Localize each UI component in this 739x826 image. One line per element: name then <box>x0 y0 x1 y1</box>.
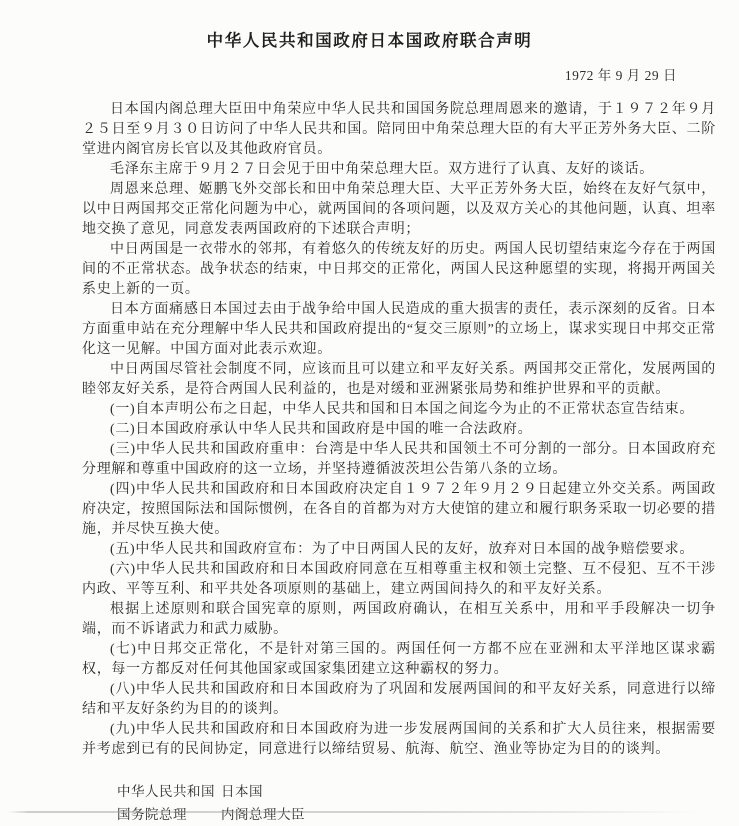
signature-japan-name: 日本国 <box>221 780 739 803</box>
paragraph: 日本国内阁总理大臣田中角荣应中华人民共和国国务院总理周恩来的邀请，于１９７２年９… <box>82 100 716 160</box>
document-title: 中华人民共和国政府日本国政府联合声明 <box>0 0 739 51</box>
paragraph: (八)中华人民共和国政府和日本国政府为了巩固和发展两国间的和平友好关系，同意进行… <box>82 680 716 720</box>
document-page: 中华人民共和国政府日本国政府联合声明 1972 年 9 月 29 日 日本国内阁… <box>0 0 739 826</box>
paragraph: 中日两国尽管社会制度不同，应该而且可以建立和平友好关系。两国邦交正常化，发展两国… <box>82 360 716 400</box>
paragraph: (二)日本国政府承认中华人民共和国政府是中国的唯一合法政府。 <box>82 420 716 440</box>
paragraph: (五)中华人民共和国政府宣布：为了中日两国人民的友好，放弃对日本国的战争赔偿要求… <box>82 540 716 560</box>
paragraph: (一)自本声明公布之日起，中华人民共和国和日本国之间迄今为止的不正常状态宣告结束… <box>82 400 716 420</box>
signature-china-title: 国务院总理 <box>117 803 221 826</box>
document-body: 日本国内阁总理大臣田中角荣应中华人民共和国国务院总理周恩来的邀请，于１９７２年９… <box>82 100 716 760</box>
signature-block: 中华人民共和国 日本国 国务院总理 内阁总理大臣 <box>117 780 739 826</box>
scan-edge-line <box>8 811 698 813</box>
paragraph: (三)中华人民共和国政府重申：台湾是中华人民共和国领土不可分割的一部分。日本国政… <box>82 440 716 480</box>
paragraph: (六)中华人民共和国政府和日本国政府同意在互相尊重主权和领土完整、互不侵犯、互不… <box>82 560 716 600</box>
signature-row: 国务院总理 内阁总理大臣 <box>117 803 739 826</box>
paragraph: 周恩来总理、姬鹏飞外交部长和田中角荣总理大臣、大平正芳外务大臣，始终在友好气氛中… <box>82 180 716 240</box>
document-date: 1972 年 9 月 29 日 <box>0 64 739 84</box>
signature-china-name: 中华人民共和国 <box>117 780 221 803</box>
signature-row: 中华人民共和国 日本国 <box>117 780 739 803</box>
paragraph: 日本方面痛感日本国过去由于战争给中国人民造成的重大损害的责任，表示深刻的反省。日… <box>82 300 716 360</box>
paragraph: 中日两国是一衣带水的邻邦，有着悠久的传统友好的历史。两国人民切望结束迄今存在于两… <box>82 240 716 300</box>
paragraph: (四)中华人民共和国政府和日本国政府决定自１９７２年９月２９日起建立外交关系。两… <box>82 480 716 540</box>
paragraph: 根据上述原则和联合国宪章的原则，两国政府确认，在相互关系中，用和平手段解决一切争… <box>82 600 716 640</box>
paragraph: (九)中华人民共和国政府和日本国政府为进一步发展两国间的关系和扩大人员往来，根据… <box>82 720 716 760</box>
signature-japan-title: 内阁总理大臣 <box>221 803 739 826</box>
paragraph: 毛泽东主席于９月２７日会见于田中角荣总理大臣。双方进行了认真、友好的谈话。 <box>82 160 716 180</box>
paragraph: (七)中日邦交正常化，不是针对第三国的。两国任何一方都不应在亚洲和太平洋地区谋求… <box>82 640 716 680</box>
